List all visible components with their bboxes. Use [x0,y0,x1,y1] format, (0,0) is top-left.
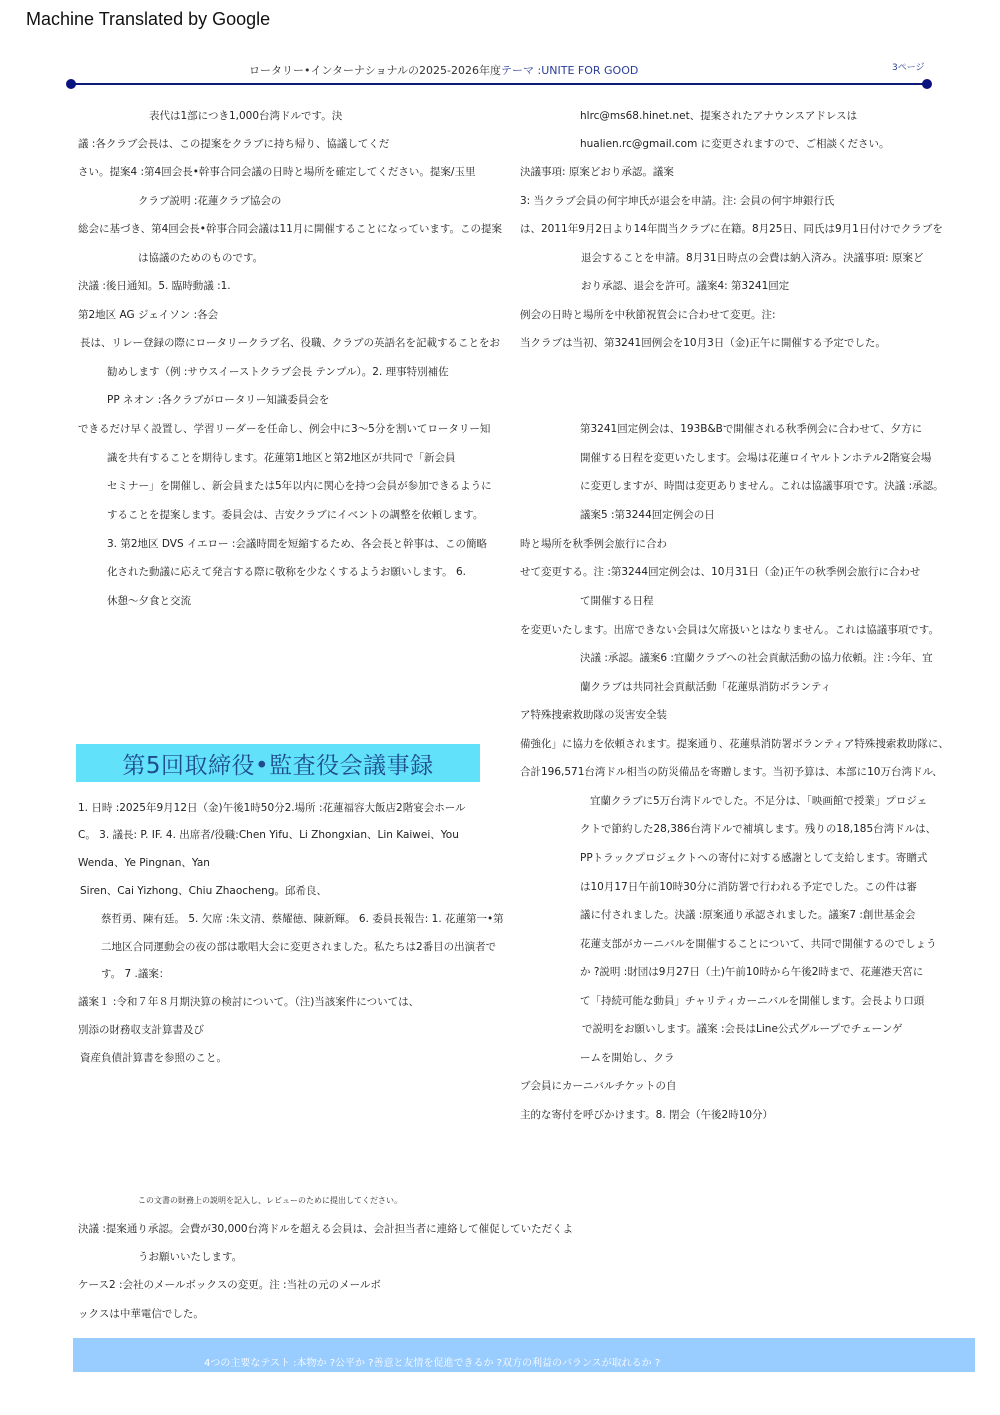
text-line: PP ネオン :各クラブがロータリー知識委員会を [107,393,329,407]
text-line: す。 7 .議案： [101,967,169,981]
page-number: 3ページ [892,60,925,73]
text-line: 識を共有することを期待します。花蓮第1地区と第2地区が共同で「新会員 [107,451,456,465]
text-line: 蘭クラブは共同社会貢献活動「花蓮県消防ボランティ [580,680,831,694]
text-line: は協議のためのものです。 [138,251,263,265]
running-header: ロータリー•インターナショナルの2025-2026年度テーマ :UNITE FO… [249,62,638,78]
text-line: て「持続可能な動員」チャリティカーニバルを開催します。会長より口頭 [580,994,924,1008]
text-line: 蔡哲勇、陳有廷。 5. 欠席 :朱文清、蔡耀徳、陳新輝。 6. 委員長報告: 1… [101,912,504,926]
text-line: 退会することを申請。8月31日時点の会費は納入済み。決議事項: 原案ど [581,251,924,265]
text-line: 勧めします（例 :サウスイーストクラブ会長 テンプル）。2. 理事特別補佐 [107,365,449,379]
text-line: 議に付されました。決議 :原案通り承認されました。議案7 :創世基金会 [580,908,915,922]
text-line: 当クラブは当初、第3241回例会を10月3日（金)正午に開催する予定でした。 [520,336,886,350]
text-line: 開催する日程を変更いたします。会場は花蓮ロイヤルトンホテル2階宴会場 [580,451,931,465]
text-line: 化された動議に応えて発言する際に敬称を少なくするようお願いします。 6. [107,565,466,579]
text-line: セミナー」を開催し、新会員または5年以内に関心を持つ会員が参加できるように [107,479,492,493]
text-line: することを提案します。委員会は、吉安クラブにイベントの調整を依頼します。 [107,508,483,522]
text-line: 総会に基づき、第4回会長•幹事合同会議は11月に開催することになっています。この… [78,222,502,236]
text-line: で説明をお願いします。議案 :会長はLine公式グループでチェーンゲ [582,1022,903,1036]
header-theme: テーマ :UNITE FOR GOOD [501,64,638,77]
text-line: 議案１ :令和７年８月期決算の検討について。（注)当該案件については、 [78,995,419,1009]
text-line: 備強化」に協力を依頼されます。提案通り、花蓮県消防署ボランティア特殊捜索救助隊に… [520,737,949,751]
text-line: は10月17日午前10時30分に消防署で行われる予定でした。この件は審 [580,880,917,894]
text-line: Wenda、Ye Pingnan、Yan [78,856,210,870]
text-line: に変更しますが、時間は変更ありません。これは協議事項です。決議 :承認。 [580,479,944,493]
footer-four-way-test-bar: 4つの主要なテスト :本物か ?公平か ?善意と友情を促進できるか ?双方の利益… [73,1338,975,1372]
text-line: 長は、リレー登録の際にロータリークラブ名、役職、クラブの英語名を記載することをお [80,336,500,350]
text-line: この文書の財務上の説明を記入し、レビューのために提出してください。 [138,1194,402,1208]
text-line: 第2地区 AG ジェイソン :各会 [78,308,218,322]
text-line: 合計196,571台湾ドル相当の防災備品を寄贈します。当初予算は、本部に10万台… [520,765,943,779]
machine-translated-banner: Machine Translated by Google [26,9,270,30]
text-line: 第3241回定例会は、193B&Bで開催される秋季例会に合わせて、夕方に [580,422,922,436]
text-line: せて変更する。注 :第3244回定例会は、10月31日（金)正午の秋季例会旅行に… [520,565,920,579]
text-line: Siren、Cai Yizhong、Chiu Zhaocheng。邱希良、 [80,884,327,898]
text-line: できるだけ早く設置し、学習リーダーを任命し、例会中に3〜5分を割いてロータリー知 [78,422,490,436]
text-line: 休憩〜夕食と交流 [107,594,191,608]
header-rule [71,83,928,85]
text-line: 決議事項: 原案どおり承認。議案 [520,165,674,179]
text-line: 主的な寄付を呼びかけます。8. 閉会（午後2時10分） [520,1108,773,1122]
rule-endpoint-dot-left [66,79,76,89]
rule-endpoint-dot-right [922,79,932,89]
text-line: PPトラックプロジェクトへの寄付に対する感謝として支給します。寄贈式 [580,851,927,865]
text-line: 決議 :承認。議案6 :宜蘭クラブへの社会貢献活動の協力依頼。注 :今年、宜 [580,651,933,665]
text-line: 二地区合同運動会の夜の部は歌唱大会に変更されました。私たちは2番目の出演者で [101,940,496,954]
text-line: C。 3. 議長: P. IF. 4. 出席者/役職:Chen Yifu、Li … [78,828,459,842]
text-line: ア特殊捜索救助隊の災害安全装 [520,708,667,722]
text-line: おり承認、退会を許可。議案4: 第3241回定 [581,279,789,293]
text-line: ブ会員にカーニバルチケットの自 [520,1079,677,1093]
text-line: 例会の日時と場所を中秋節祝賀会に合わせて変更。注: [520,308,776,322]
text-line: 別添の財務収支計算書及び [78,1023,204,1037]
text-line: か ?説明 :財団は9月27日（土)午前10時から午後2時まで、花蓮港天宮に [580,965,923,979]
section-title: 第5回取締役•監査役会議事録 [122,747,433,780]
text-line: 資産負債計算書を参照のこと。 [80,1051,227,1065]
text-line: 1. 日時 :2025年9月12日（金)午後1時50分2.場所 :花蓮福容大飯店… [78,801,466,815]
text-line: 決議 :提案通り承認。会費が30,000台湾ドルを超える会員は、会計担当者に連絡… [78,1222,573,1236]
header-title-prefix: ロータリー•インターナショナルの2025-2026年度 [249,64,501,77]
text-line: て開催する日程 [580,594,654,608]
text-line: 宜蘭クラブに5万台湾ドルでした。不足分は、「映画館で授業」プロジェ [590,794,927,808]
text-line: ケース2 :会社のメールボックスの変更。注 :当社の元のメールボ [78,1278,381,1292]
section-title-box: 第5回取締役•監査役会議事録 [76,744,480,782]
text-line: hualien.rc@gmail.com に変更されますので、ご相談ください。 [580,137,889,151]
text-line: 3. 第2地区 DVS イエロー :会議時間を短縮するため、各会長と幹事は、この… [107,537,487,551]
text-line: 表代は1部につき1,000台湾ドルです。決 [149,109,342,123]
text-line: クラブ説明 :花蓮クラブ協会の [138,194,281,208]
footer-text: 4つの主要なテスト :本物か ?公平か ?善意と友情を促進できるか ?双方の利益… [204,1354,660,1369]
text-line: 花蓮支部がカーニバルを開催することについて、共同で開催するのでしょう [580,937,937,951]
text-line: hlrc@ms68.hinet.net、提案されたアナウンスアドレスは [580,109,857,123]
text-line: うお願いいたします。 [138,1250,242,1264]
text-line: を変更いたします。出席できない会員は欠席扱いとはなりません。これは協議事項です。 [520,623,939,637]
text-line: は、2011年9月2日より14年間当クラブに在籍。8月25日、同氏は9月1日付け… [520,222,943,236]
text-line: クトで節約した28,386台湾ドルで補填します。残りの18,185台湾ドルは、 [580,822,936,836]
text-line: 決議 :後日通知。5. 臨時動議 :1. [78,279,231,293]
text-line: 議案5 :第3244回定例会の日 [580,508,715,522]
text-line: 3: 当クラブ会員の何宇坤氏が退会を申請。注: 会員の何宇坤銀行氏 [520,194,834,208]
text-line: 議 :各クラブ会長は、この提案をクラブに持ち帰り、協議してくだ [78,137,389,151]
text-line: 時と場所を秋季例会旅行に合わ [520,537,667,551]
text-line: ックスは中華電信でした。 [78,1307,204,1321]
text-line: さい。提案4 :第4回会長•幹事合同会議の日時と場所を確定してください。提案/玉… [78,165,475,179]
text-line: ームを開始し、クラ [580,1051,675,1065]
